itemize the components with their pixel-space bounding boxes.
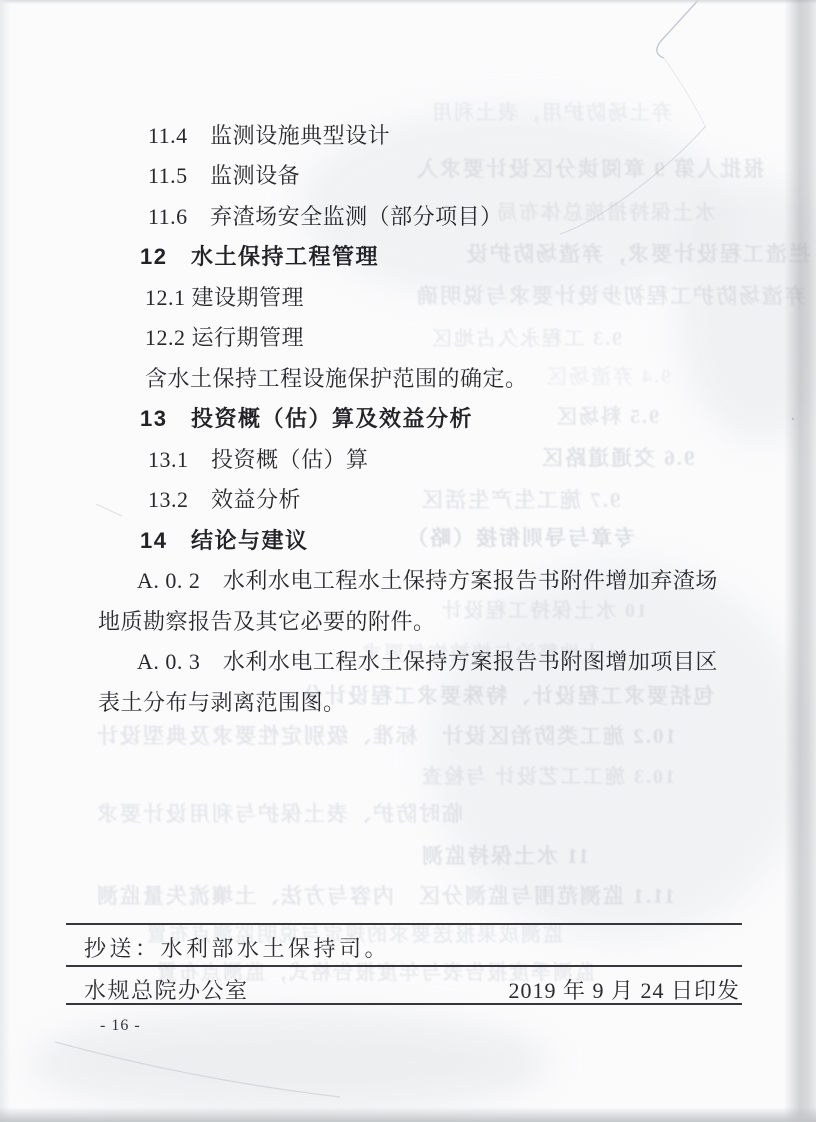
paragraph-line: A. 0. 3 水利水电工程水土保持方案报告书附图增加项目区	[0, 641, 816, 682]
page-number: - 16 -	[100, 1017, 141, 1035]
footer-issuing-office: 水规总院办公室	[84, 974, 249, 1005]
scanned-document-page: 弃土场防护用，表土利用报批人第 9 章阅读分区设计要求入水土保持措施总体布局拦渣…	[0, 0, 816, 1122]
bleedthrough-text: 10.3 施工工艺设计 与检查	[420, 760, 675, 789]
footer-issue-date: 2019 年 9 月 24 日印发	[508, 974, 740, 1005]
body-line: 11.5 监测设备	[0, 155, 816, 196]
scan-edge-top	[0, 0, 816, 4]
scan-edge-left	[0, 0, 12, 1122]
chapter-heading: 14 结论与建议	[0, 519, 816, 560]
body-line: 含水土保持工程设施保护范围的确定。	[0, 357, 816, 398]
chapter-heading: 12 水土保持工程管理	[0, 236, 816, 277]
body-line: 11.4 监测设施典型设计	[0, 114, 816, 155]
bleedthrough-text: 11 水土保持监测	[420, 840, 589, 870]
scan-edge-bottom	[0, 1107, 816, 1122]
footer-issuer-row: 水规总院办公室 2019 年 9 月 24 日印发	[84, 974, 740, 1005]
body-line: 13.1 投资概（估）算	[0, 438, 816, 479]
bleedthrough-text: 11.1 监测范围与监测分区 内容与方法、土壤流失量监测	[95, 880, 675, 910]
body-line: 11.6 弃渣场安全监测（部分项目）	[0, 195, 816, 236]
footer-divider	[66, 1003, 742, 1005]
body-line: 12.1 建设期管理	[0, 276, 816, 317]
paragraph-line: 表土分布与剥离范围图。	[0, 681, 816, 722]
footer-divider	[66, 965, 742, 967]
bleedthrough-text: 临时防护、表土保护与利用设计要求	[95, 798, 463, 828]
body-line: 13.2 效益分析	[0, 479, 816, 520]
bleedthrough-text: 10.2 施工类防治区设计 标准、级别定性要求及典型设计	[95, 720, 676, 750]
chapter-heading: 13 投资概（估）算及效益分析	[0, 398, 816, 439]
footer-divider	[66, 923, 742, 925]
footer-cc-line: 抄送：水利部水土保持司。	[84, 932, 390, 963]
body-line: 12.2 运行期管理	[0, 317, 816, 358]
document-body: 11.4 监测设施典型设计 11.5 监测设备 11.6 弃渣场安全监测（部分项…	[0, 114, 816, 722]
paragraph-line: A. 0. 2 水利水电工程水土保持方案报告书附件增加弃渣场	[0, 560, 816, 601]
scan-edge-right	[784, 0, 816, 1122]
paragraph-line: 地质勘察报告及其它必要的附件。	[0, 600, 816, 641]
